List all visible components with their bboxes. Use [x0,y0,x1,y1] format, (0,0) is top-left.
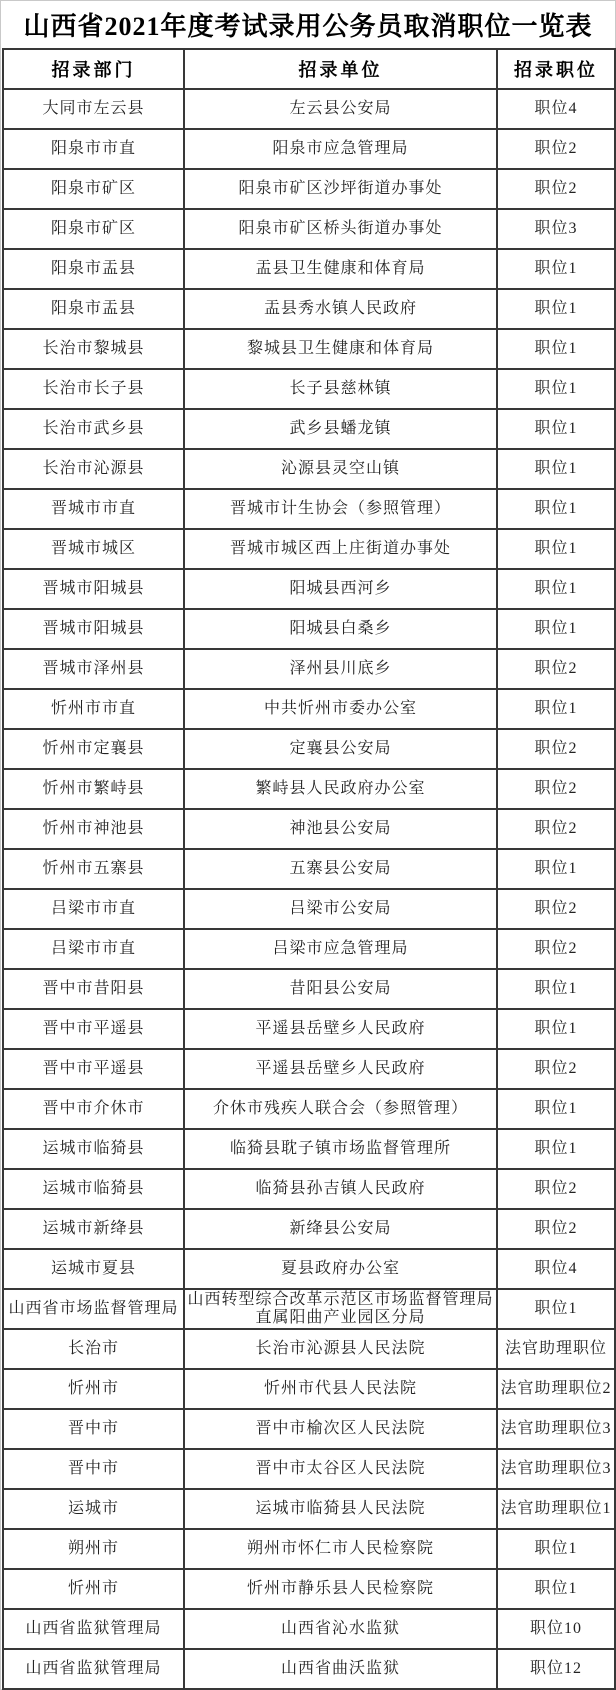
unit-cell: 沁源县灵空山镇 [183,448,496,488]
department-cell: 晋城市城区 [2,528,183,568]
unit-cell: 盂县卫生健康和体育局 [183,248,496,288]
table-row: 晋中市介休市介休市残疾人联合会（参照管理）职位1 [2,1088,614,1128]
unit-cell: 昔阳县公安局 [183,968,496,1008]
table-row: 运城市新绛县新绛县公安局职位2 [2,1208,614,1248]
unit-cell: 中共忻州市委办公室 [183,688,496,728]
department-cell: 阳泉市盂县 [2,248,183,288]
position-cell: 职位4 [496,88,614,128]
unit-cell: 定襄县公安局 [183,728,496,768]
unit-cell: 阳泉市应急管理局 [183,128,496,168]
position-cell: 职位1 [496,1288,614,1328]
position-cell: 职位2 [496,928,614,968]
table-row: 晋中市平遥县平遥县岳壁乡人民政府职位2 [2,1048,614,1088]
department-cell: 晋中市介休市 [2,1088,183,1128]
unit-cell: 吕梁市公安局 [183,888,496,928]
position-cell: 职位1 [496,568,614,608]
position-cell: 职位2 [496,128,614,168]
department-cell: 朔州市 [2,1528,183,1568]
position-cell: 法官助理职位1 [496,1488,614,1528]
department-cell: 运城市夏县 [2,1248,183,1288]
department-cell: 忻州市繁峙县 [2,768,183,808]
unit-cell: 介休市残疾人联合会（参照管理） [183,1088,496,1128]
department-cell: 阳泉市矿区 [2,168,183,208]
department-cell: 运城市新绛县 [2,1208,183,1248]
table-row: 运城市夏县夏县政府办公室职位4 [2,1248,614,1288]
position-cell: 职位2 [496,1208,614,1248]
unit-cell: 临猗县耽子镇市场监督管理所 [183,1128,496,1168]
table-row: 忻州市五寨县五寨县公安局职位1 [2,848,614,888]
position-cell: 职位1 [496,368,614,408]
unit-cell: 晋城市计生协会（参照管理） [183,488,496,528]
table-row: 阳泉市盂县盂县卫生健康和体育局职位1 [2,248,614,288]
unit-cell: 平遥县岳壁乡人民政府 [183,1048,496,1088]
unit-cell: 夏县政府办公室 [183,1248,496,1288]
table-row: 运城市临猗县临猗县孙吉镇人民政府职位2 [2,1168,614,1208]
position-cell: 职位2 [496,168,614,208]
table-row: 忻州市繁峙县繁峙县人民政府办公室职位2 [2,768,614,808]
department-cell: 阳泉市矿区 [2,208,183,248]
unit-cell: 盂县秀水镇人民政府 [183,288,496,328]
table-row: 阳泉市矿区阳泉市矿区沙坪街道办事处职位2 [2,168,614,208]
position-cell: 职位2 [496,768,614,808]
position-cell: 职位1 [496,608,614,648]
department-cell: 吕梁市市直 [2,888,183,928]
department-cell: 阳泉市盂县 [2,288,183,328]
table-row: 运城市临猗县临猗县耽子镇市场监督管理所职位1 [2,1128,614,1168]
column-header-unit: 招录单位 [183,48,496,88]
unit-cell: 平遥县岳壁乡人民政府 [183,1008,496,1048]
position-cell: 职位1 [496,1568,614,1608]
position-cell: 职位1 [496,1528,614,1568]
position-cell: 职位1 [496,248,614,288]
department-cell: 阳泉市市直 [2,128,183,168]
department-cell: 晋中市平遥县 [2,1048,183,1088]
table-row: 运城市运城市临猗县人民法院法官助理职位1 [2,1488,614,1528]
table-row: 长治市沁源县沁源县灵空山镇职位1 [2,448,614,488]
table-row: 长治市长子县长子县慈林镇职位1 [2,368,614,408]
table-row: 山西省监狱管理局山西省曲沃监狱职位12 [2,1648,614,1688]
unit-cell: 阳城县西河乡 [183,568,496,608]
unit-cell: 左云县公安局 [183,88,496,128]
table-row: 吕梁市市直吕梁市公安局职位2 [2,888,614,928]
table-row: 晋城市阳城县阳城县西河乡职位1 [2,568,614,608]
position-cell: 法官助理职位 [496,1328,614,1368]
table-row: 晋中市平遥县平遥县岳壁乡人民政府职位1 [2,1008,614,1048]
unit-cell: 新绛县公安局 [183,1208,496,1248]
unit-cell: 长子县慈林镇 [183,368,496,408]
table-row: 长治市长治市沁源县人民法院法官助理职位 [2,1328,614,1368]
department-cell: 长治市 [2,1328,183,1368]
unit-cell: 临猗县孙吉镇人民政府 [183,1168,496,1208]
table-row: 阳泉市市直阳泉市应急管理局职位2 [2,128,614,168]
document-page: 山西省2021年度考试录用公务员取消职位一览表 招录部门 招录单位 招录职位 大… [0,0,616,1690]
position-cell: 职位2 [496,728,614,768]
unit-cell: 神池县公安局 [183,808,496,848]
unit-cell: 朔州市怀仁市人民检察院 [183,1528,496,1568]
position-cell: 职位3 [496,208,614,248]
department-cell: 运城市临猗县 [2,1168,183,1208]
position-cell: 职位1 [496,1008,614,1048]
department-cell: 晋城市阳城县 [2,608,183,648]
unit-cell: 山西省曲沃监狱 [183,1648,496,1688]
department-cell: 运城市临猗县 [2,1128,183,1168]
table-row: 忻州市定襄县定襄县公安局职位2 [2,728,614,768]
unit-cell: 黎城县卫生健康和体育局 [183,328,496,368]
unit-cell: 山西省沁水监狱 [183,1608,496,1648]
position-cell: 职位1 [496,1128,614,1168]
position-cell: 职位10 [496,1608,614,1648]
department-cell: 晋城市市直 [2,488,183,528]
department-cell: 大同市左云县 [2,88,183,128]
table-row: 晋城市市直晋城市计生协会（参照管理）职位1 [2,488,614,528]
unit-cell: 阳泉市矿区沙坪街道办事处 [183,168,496,208]
department-cell: 忻州市神池县 [2,808,183,848]
department-cell: 长治市长子县 [2,368,183,408]
position-cell: 职位1 [496,848,614,888]
table-row: 忻州市忻州市代县人民法院法官助理职位2 [2,1368,614,1408]
department-cell: 晋城市泽州县 [2,648,183,688]
column-header-department: 招录部门 [2,48,183,88]
department-cell: 晋中市 [2,1448,183,1488]
unit-cell: 忻州市代县人民法院 [183,1368,496,1408]
department-cell: 长治市黎城县 [2,328,183,368]
department-cell: 忻州市市直 [2,688,183,728]
table-row: 晋中市晋中市榆次区人民法院法官助理职位3 [2,1408,614,1448]
unit-cell: 泽州县川底乡 [183,648,496,688]
department-cell: 忻州市五寨县 [2,848,183,888]
department-cell: 吕梁市市直 [2,928,183,968]
table-row: 忻州市神池县神池县公安局职位2 [2,808,614,848]
department-cell: 晋中市 [2,1408,183,1448]
unit-cell: 山西转型综合改革示范区市场监督管理局直属阳曲产业园区分局 [183,1288,496,1328]
column-header-position: 招录职位 [496,48,614,88]
table-row: 忻州市忻州市静乐县人民检察院职位1 [2,1568,614,1608]
department-cell: 忻州市 [2,1568,183,1608]
table-row: 吕梁市市直吕梁市应急管理局职位2 [2,928,614,968]
position-cell: 职位2 [496,1168,614,1208]
position-cell: 职位1 [496,968,614,1008]
position-cell: 职位12 [496,1648,614,1688]
table-row: 晋中市晋中市太谷区人民法院法官助理职位3 [2,1448,614,1488]
department-cell: 忻州市定襄县 [2,728,183,768]
position-cell: 职位4 [496,1248,614,1288]
position-cell: 职位1 [496,488,614,528]
table-row: 晋城市阳城县阳城县白桑乡职位1 [2,608,614,648]
unit-cell: 阳泉市矿区桥头街道办事处 [183,208,496,248]
unit-cell: 武乡县蟠龙镇 [183,408,496,448]
unit-cell: 阳城县白桑乡 [183,608,496,648]
table-row: 长治市黎城县黎城县卫生健康和体育局职位1 [2,328,614,368]
positions-table: 招录部门 招录单位 招录职位 大同市左云县左云县公安局职位4阳泉市市直阳泉市应急… [2,48,616,1690]
table-row: 山西省市场监督管理局山西转型综合改革示范区市场监督管理局直属阳曲产业园区分局职位… [2,1288,614,1328]
table-row: 长治市武乡县武乡县蟠龙镇职位1 [2,408,614,448]
department-cell: 山西省市场监督管理局 [2,1288,183,1328]
table-row: 晋城市城区晋城市城区西上庄街道办事处职位1 [2,528,614,568]
department-cell: 晋中市昔阳县 [2,968,183,1008]
position-cell: 职位2 [496,808,614,848]
unit-cell: 吕梁市应急管理局 [183,928,496,968]
department-cell: 晋中市平遥县 [2,1008,183,1048]
table-row: 阳泉市矿区阳泉市矿区桥头街道办事处职位3 [2,208,614,248]
table-row: 大同市左云县左云县公安局职位4 [2,88,614,128]
department-cell: 长治市沁源县 [2,448,183,488]
department-cell: 长治市武乡县 [2,408,183,448]
position-cell: 职位1 [496,288,614,328]
position-cell: 职位1 [496,528,614,568]
unit-cell: 五寨县公安局 [183,848,496,888]
position-cell: 职位1 [496,688,614,728]
department-cell: 山西省监狱管理局 [2,1648,183,1688]
position-cell: 职位2 [496,648,614,688]
unit-cell: 忻州市静乐县人民检察院 [183,1568,496,1608]
table-row: 晋中市昔阳县昔阳县公安局职位1 [2,968,614,1008]
unit-cell: 晋城市城区西上庄街道办事处 [183,528,496,568]
position-cell: 法官助理职位3 [496,1408,614,1448]
table-row: 忻州市市直中共忻州市委办公室职位1 [2,688,614,728]
position-cell: 法官助理职位3 [496,1448,614,1488]
page-title: 山西省2021年度考试录用公务员取消职位一览表 [0,0,616,48]
table-header-row: 招录部门 招录单位 招录职位 [2,48,614,88]
position-cell: 职位2 [496,1048,614,1088]
position-cell: 职位1 [496,328,614,368]
unit-cell: 晋中市太谷区人民法院 [183,1448,496,1488]
table-row: 朔州市朔州市怀仁市人民检察院职位1 [2,1528,614,1568]
table-row: 晋城市泽州县泽州县川底乡职位2 [2,648,614,688]
table-row: 山西省监狱管理局山西省沁水监狱职位10 [2,1608,614,1648]
table-body: 大同市左云县左云县公安局职位4阳泉市市直阳泉市应急管理局职位2阳泉市矿区阳泉市矿… [2,88,614,1688]
position-cell: 法官助理职位2 [496,1368,614,1408]
unit-cell: 运城市临猗县人民法院 [183,1488,496,1528]
position-cell: 职位1 [496,408,614,448]
unit-cell: 长治市沁源县人民法院 [183,1328,496,1368]
unit-cell: 晋中市榆次区人民法院 [183,1408,496,1448]
position-cell: 职位1 [496,448,614,488]
table-row: 阳泉市盂县盂县秀水镇人民政府职位1 [2,288,614,328]
department-cell: 运城市 [2,1488,183,1528]
position-cell: 职位2 [496,888,614,928]
department-cell: 晋城市阳城县 [2,568,183,608]
position-cell: 职位1 [496,1088,614,1128]
department-cell: 忻州市 [2,1368,183,1408]
unit-cell: 繁峙县人民政府办公室 [183,768,496,808]
department-cell: 山西省监狱管理局 [2,1608,183,1648]
